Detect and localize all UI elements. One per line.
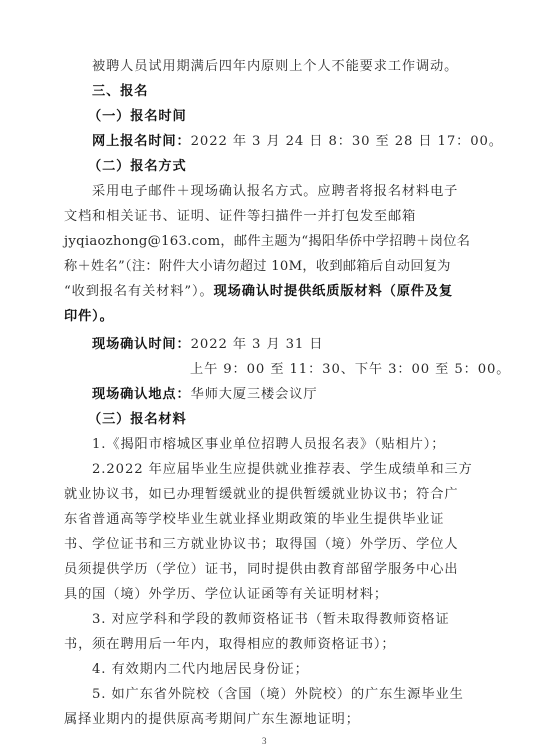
material-item: 5. 如广东省外院校（含国（境）外院校）的广东生源毕业生 xyxy=(92,685,474,705)
material-item-line: 就业协议书，如已办理暂缓就业的提供暂缓就业协议书；符合广 xyxy=(64,485,474,505)
material-item: 4. 有效期内二代内地居民身份证； xyxy=(92,660,474,680)
paragraph-line-email: jyqiaozhong@163.com，邮件主题为“揭阳华侨中学招聘＋岗位名 xyxy=(64,232,474,252)
material-item-line: 书，须在聘用后一年内，取得相应的教师资格证书）； xyxy=(64,635,474,655)
material-item: 1.《揭阳市榕城区事业单位招聘人员报名表》（贴相片）； xyxy=(92,435,474,455)
online-registration-label: 网上报名时间： xyxy=(92,134,191,149)
material-item: 2.2022 年应届毕业生应提供就业推荐表、学生成绩单和三方 xyxy=(92,460,474,480)
subsection-heading: （一）报名时间 xyxy=(88,107,470,127)
online-registration-value: 2022 年 3 月 24 日 8：30 至 28 日 17：00。 xyxy=(191,134,503,149)
material-item-line: 东省普通高等学校毕业生就业择业期政策的毕业生提供毕业证 xyxy=(64,510,474,530)
paragraph-line: “收到报名有关材料”）。现场确认时提供纸质版材料（原件及复 xyxy=(64,282,474,302)
page-number: 3 xyxy=(262,736,267,746)
confirm-time: 现场确认时间：2022 年 3 月 31 日 xyxy=(92,335,474,355)
subsection-heading: （二）报名方式 xyxy=(88,157,470,177)
paragraph-line: 被聘人员试用期满后四年内原则上个人不能要求工作调动。 xyxy=(92,57,474,77)
confirm-time-value: 2022 年 3 月 31 日 xyxy=(191,337,324,352)
paragraph-line: 采用电子邮件＋现场确认报名方式。应聘者将报名材料电子 xyxy=(92,182,474,202)
paragraph-line: 文档和相关证书、证明、证件等扫描件一并打包发至邮箱 xyxy=(64,207,474,227)
document-page: 被聘人员试用期满后四年内原则上个人不能要求工作调动。 三、报名 （一）报名时间 … xyxy=(0,0,533,754)
auto-reply-note: “收到报名有关材料”）。 xyxy=(64,284,214,299)
material-item: 3. 对应学科和学段的教师资格证书（暂未取得教师资格证 xyxy=(92,610,474,630)
paper-materials-note: 现场确认时提供纸质版材料（原件及复 xyxy=(214,284,454,299)
material-item-line: 员须提供学历（学位）证书，同时提供由教育部留学服务中心出 xyxy=(64,560,474,580)
confirm-place: 现场确认地点：华师大厦三楼会议厅 xyxy=(92,385,474,405)
paragraph-line: 印件）。 xyxy=(64,307,474,327)
confirm-time-slots: 上午 9：00 至 11：30、下午 3：00 至 5：00。 xyxy=(190,360,533,380)
confirm-place-label: 现场确认地点： xyxy=(92,387,191,402)
paragraph-line: 称＋姓名”（注：附件大小请勿超过 10M，收到邮箱后自动回复为 xyxy=(64,257,474,277)
confirm-place-value: 华师大厦三楼会议厅 xyxy=(191,387,318,402)
section-heading: 三、报名 xyxy=(92,82,474,102)
subsection-heading: （三）报名材料 xyxy=(88,410,470,430)
material-item-line: 具的国（境）外学历、学位认证函等有关证明材料； xyxy=(64,585,474,605)
online-registration-time: 网上报名时间：2022 年 3 月 24 日 8：30 至 28 日 17：00… xyxy=(92,132,474,152)
material-item-line: 书、学位证书和三方就业协议书；取得国（境）外学历、学位人 xyxy=(64,535,474,555)
material-item-line: 属择业期内的提供原高考期间广东生源地证明； xyxy=(64,710,474,730)
confirm-time-label: 现场确认时间： xyxy=(92,337,191,352)
